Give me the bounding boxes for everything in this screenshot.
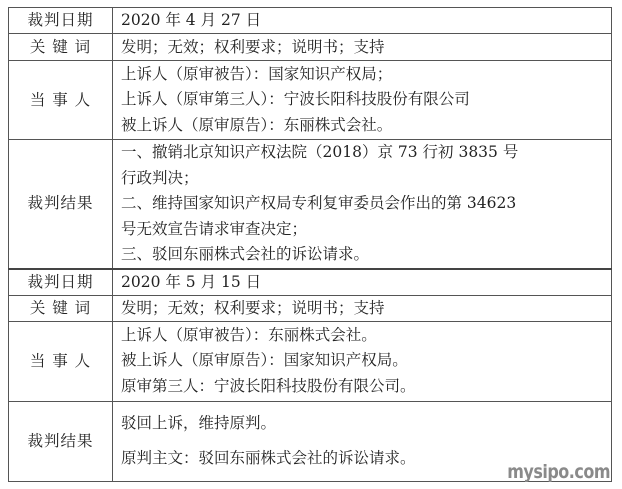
spacer	[121, 436, 611, 446]
party-line: 上诉人（原审被告）：东丽株式会社。	[121, 323, 611, 349]
party-line: 上诉人（原审第三人）：宁波长阳科技股份有限公司	[121, 87, 611, 113]
row-parties-2: 当 事 人 上诉人（原审被告）：东丽株式会社。 被上诉人（原审原告）：国家知识产…	[9, 321, 612, 401]
value-keywords: 发明；无效；权利要求；说明书；支持	[113, 34, 612, 61]
label-keywords: 关 键 词	[9, 295, 113, 321]
label-judgment-date: 裁判日期	[9, 269, 113, 296]
value-judgment-date: 2020 年 4 月 27 日	[113, 8, 612, 34]
row-keywords-1: 关 键 词 发明；无效；权利要求；说明书；支持	[9, 34, 612, 61]
row-result-1: 裁判结果 一、撤销北京知识产权法院（2018）京 73 行初 3835 号 行政…	[9, 140, 612, 269]
party-line: 原审第三人：宁波长阳科技股份有限公司。	[121, 374, 611, 400]
watermark: mysipo.com	[507, 461, 610, 483]
label-parties: 当 事 人	[9, 61, 113, 140]
result-line: 二、维持国家知识产权局专利复审委员会作出的第 34623	[121, 191, 611, 217]
label-judgment-date: 裁判日期	[9, 8, 113, 34]
label-keywords: 关 键 词	[9, 34, 113, 61]
result-line: 驳回上诉，维持原判。	[121, 411, 611, 437]
row-judgment-date-1: 裁判日期 2020 年 4 月 27 日	[9, 8, 612, 34]
row-judgment-date-2: 裁判日期 2020 年 5 月 15 日	[9, 269, 612, 296]
value-judgment-date: 2020 年 5 月 15 日	[113, 269, 612, 296]
label-result: 裁判结果	[9, 140, 113, 269]
value-keywords: 发明；无效；权利要求；说明书；支持	[113, 295, 612, 321]
row-parties-1: 当 事 人 上诉人（原审被告）：国家知识产权局； 上诉人（原审第三人）：宁波长阳…	[9, 61, 612, 140]
value-result: 一、撤销北京知识产权法院（2018）京 73 行初 3835 号 行政判决； 二…	[113, 140, 612, 269]
value-parties: 上诉人（原审被告）：国家知识产权局； 上诉人（原审第三人）：宁波长阳科技股份有限…	[113, 61, 612, 140]
row-keywords-2: 关 键 词 发明；无效；权利要求；说明书；支持	[9, 295, 612, 321]
party-line: 被上诉人（原审原告）：东丽株式会社。	[121, 113, 611, 139]
label-parties: 当 事 人	[9, 321, 113, 401]
result-line: 号无效宣告请求审查决定；	[121, 217, 611, 243]
label-result: 裁判结果	[9, 401, 113, 481]
value-parties: 上诉人（原审被告）：东丽株式会社。 被上诉人（原审原告）：国家知识产权局。 原审…	[113, 321, 612, 401]
party-line: 上诉人（原审被告）：国家知识产权局；	[121, 62, 611, 88]
judgment-table: 裁判日期 2020 年 4 月 27 日 关 键 词 发明；无效；权利要求；说明…	[8, 7, 612, 482]
result-line: 行政判决；	[121, 166, 611, 192]
result-line: 三、驳回东丽株式会社的诉讼请求。	[121, 242, 611, 268]
party-line: 被上诉人（原审原告）：国家知识产权局。	[121, 348, 611, 374]
result-line: 一、撤销北京知识产权法院（2018）京 73 行初 3835 号	[121, 140, 611, 166]
